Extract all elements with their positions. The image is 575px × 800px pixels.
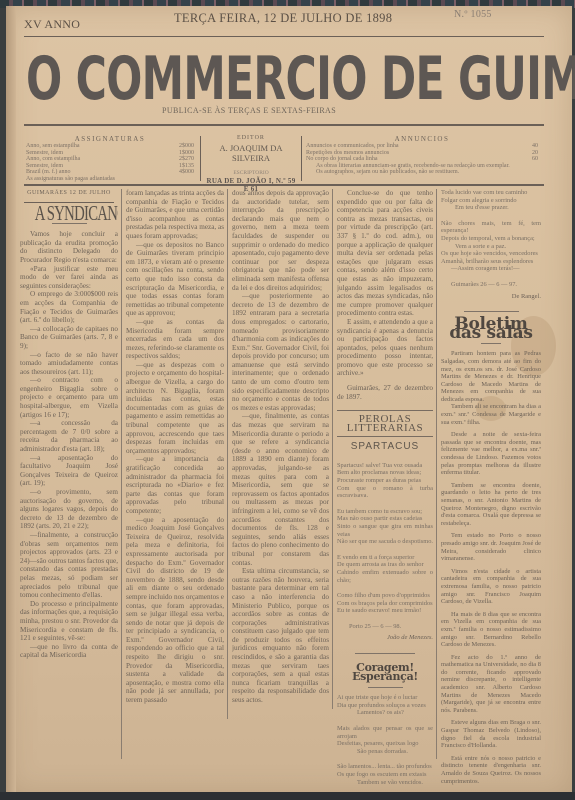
poem-stanza: E vendo em ti a força superiorDe quem ar…: [337, 554, 433, 584]
article-dateline: GUIMARÃES 12 DE JULHO: [20, 189, 118, 198]
article-paragraph: —o facto de se não haver tomado amiudada…: [20, 351, 118, 377]
article-column-3: dous annos depois da approvação da aucto…: [232, 189, 329, 729]
article-paragraph: Conclue-se do que tenho expendido que ou…: [337, 189, 433, 318]
publisher-name: A. JOAQUIM DA SILVEIRA: [206, 143, 296, 163]
social-column: Toda lucido vae com teu caminhoFolgar co…: [441, 189, 541, 789]
article-paragraph: «Para justificar este meu modo de ver fa…: [20, 265, 118, 291]
office-label: ESCRIPTORIO: [206, 170, 296, 176]
edition-label: XV ANNO: [24, 17, 80, 32]
article-paragraph: —que a importancia da gratificação conce…: [126, 455, 224, 515]
publisher-box: EDITOR A. JOAQUIM DA SILVEIRA ESCRIPTORI…: [206, 135, 296, 183]
poem-stanza: São lamentos... lenta... tão profundosOs…: [337, 763, 433, 786]
section-title-literary: PEROLAS LITTERARIAS: [337, 410, 433, 437]
article-column-1: GUIMARÃES 12 DE JULHO A SYNDICANCIA Vamo…: [20, 189, 118, 789]
poem-stanza: Ai que triste que hoje é o luctarDia que…: [337, 694, 433, 717]
article-headline: A SYNDICANCIA: [35, 209, 104, 218]
social-note: Vimos n'esta cidade o artista cantadeira…: [441, 568, 541, 606]
article-paragraph: Do processo e principalmente das informa…: [20, 600, 118, 643]
ads-heading: ANNUNCIOS: [306, 135, 538, 143]
article-paragraph: —que as contas da Misericordia foram sem…: [126, 318, 224, 361]
article-paragraph: dous annos depois da approvação da aucto…: [232, 189, 329, 292]
ads-box: ANNUNCIOS Annuncios e communicados, por …: [306, 135, 538, 185]
column-divider: [332, 189, 333, 709]
subscriptions-note: As assignaturas são pagas adiantadas: [26, 176, 194, 182]
social-note: Tambem se encontra doente, guardando o l…: [441, 482, 541, 528]
article-place-date: Guimarães, 27 de dezembro de 1897.: [337, 384, 433, 401]
publication-schedule: PUBLICA-SE ÀS TERÇAS E SEXTAS-FEIRAS: [162, 106, 336, 115]
header-bottom-rule: [24, 184, 544, 186]
social-note: Desde a noite de sexta-feira passada que…: [441, 431, 541, 477]
article-paragraph: —a aposentação do facultativo Joaquim Jo…: [20, 454, 118, 488]
poem-stanza: Eu tambem como tu escravo sou;Mas não ou…: [337, 508, 433, 546]
poem-stanza: Como filho d'um povo d'opprimidosCom os …: [337, 592, 433, 615]
article-column-2: foram lançadas as trinta acções da compa…: [126, 189, 224, 769]
poem-stanza: Mais alados que pensar os que se arrojam…: [337, 725, 433, 755]
header-strip: XV ANNO TERÇA FEIRA, 12 DE JULHO DE 1898…: [24, 13, 564, 35]
social-note: Está entre nós o nosso patricio e distin…: [441, 755, 541, 785]
article-paragraph: —que a aposentação do medico Joaquim Jos…: [126, 516, 224, 705]
article-paragraph: —o contracto com o engenheiro Bigaglia s…: [20, 376, 118, 419]
masthead-rule: [24, 124, 544, 126]
article-paragraph: —que os depositos no Banco de Guimarães …: [126, 241, 224, 318]
subscriptions-heading: ASSIGNATURAS: [26, 135, 194, 143]
poem-stanza: Não chores mais, tem fé, tem esperança!D…: [441, 220, 541, 273]
article-paragraph: —finalmente, a construcção d'obras sem o…: [20, 531, 118, 600]
social-section-title: Boletim das salas: [441, 320, 541, 337]
issue-date: TERÇA FEIRA, 12 DE JULHO DE 1898: [174, 11, 392, 26]
article-paragraph: E assim, e attendendo a que a syndicanci…: [337, 318, 433, 378]
article-paragraph: —a concessão da percentagem de 7 0/0 sob…: [20, 419, 118, 453]
social-note: Esteve alguns dias em Braga o snr. Gaspa…: [441, 719, 541, 749]
issue-number: N.º 1055: [454, 9, 492, 20]
poem-author: João de Menezes.: [337, 634, 433, 643]
poem-title: SPARTACUS: [337, 443, 433, 452]
article-paragraph: —que no livro da conta de capital da Mis…: [20, 643, 118, 660]
social-note: Ha mais de 8 dias que se encontra em Viz…: [441, 611, 541, 649]
poem-place-date: Porto 25 — 6 — 98.: [337, 623, 433, 631]
article-paragraph: —que as despezas com o projecto e orçame…: [126, 361, 224, 456]
poem-author: De Rangel.: [441, 293, 541, 302]
article-paragraph: —que posteriormente ao decreto de 13 de …: [232, 292, 329, 412]
poem-stanza: Spartacus! salve! Tua voz ousadaBem alto…: [337, 462, 433, 500]
social-note: Fez acto do 1.º anno de mathematica na U…: [441, 654, 541, 715]
article-paragraph: foram lançadas as trinta acções da compa…: [126, 189, 224, 241]
article-paragraph: Vamos hoje concluir a publicação da erud…: [20, 230, 118, 264]
article-paragraph: —a collocação de capitaes no Banco de Gu…: [20, 325, 118, 351]
newspaper-title: O COMMERCIO DE GUIMARÃES: [26, 46, 360, 112]
social-note: Tambem ali se encontram ha dias a exm.ª …: [441, 403, 541, 426]
poem-title: Coragem! Esperança!: [337, 664, 433, 681]
ads-note: Os autographos, sejam ou não publicados,…: [306, 169, 538, 176]
editor-label: EDITOR: [206, 135, 296, 141]
box-divider: [200, 136, 201, 181]
poem-place-date: Guimarães 26 — 6 — 97.: [441, 281, 541, 289]
article-paragraph: O emprego de 3:000$000 reis em acções da…: [20, 290, 118, 324]
social-note: Partiram hontem para as Pedras Salgadas,…: [441, 350, 541, 403]
newspaper-page: XV ANNO TERÇA FEIRA, 12 DE JULHO DE 1898…: [6, 6, 572, 796]
column-divider: [227, 189, 228, 719]
article-column-4: Conclue-se do que tenho expendido que ou…: [337, 189, 433, 799]
book-binding-bottom: [0, 792, 575, 800]
box-divider: [301, 136, 302, 181]
column-divider: [121, 189, 122, 759]
header-rule: [24, 36, 544, 37]
poem-stanza: Toda lucido vae com teu caminhoFolgar co…: [441, 189, 541, 212]
page-gutter: [6, 6, 16, 796]
social-note: Tem estado no Porto o nosso presado amig…: [441, 532, 541, 562]
article-paragraph: —o provimento, sem auctorisação do gover…: [20, 488, 118, 531]
article-paragraph: Esta ultima circumstancia, se outras raz…: [232, 567, 329, 705]
subscriptions-box: ASSIGNATURAS Anno, sem estampilha2$000 S…: [26, 135, 194, 185]
column-divider: [436, 189, 437, 759]
article-paragraph: —que, finalmente, as contas das mezas qu…: [232, 412, 329, 567]
